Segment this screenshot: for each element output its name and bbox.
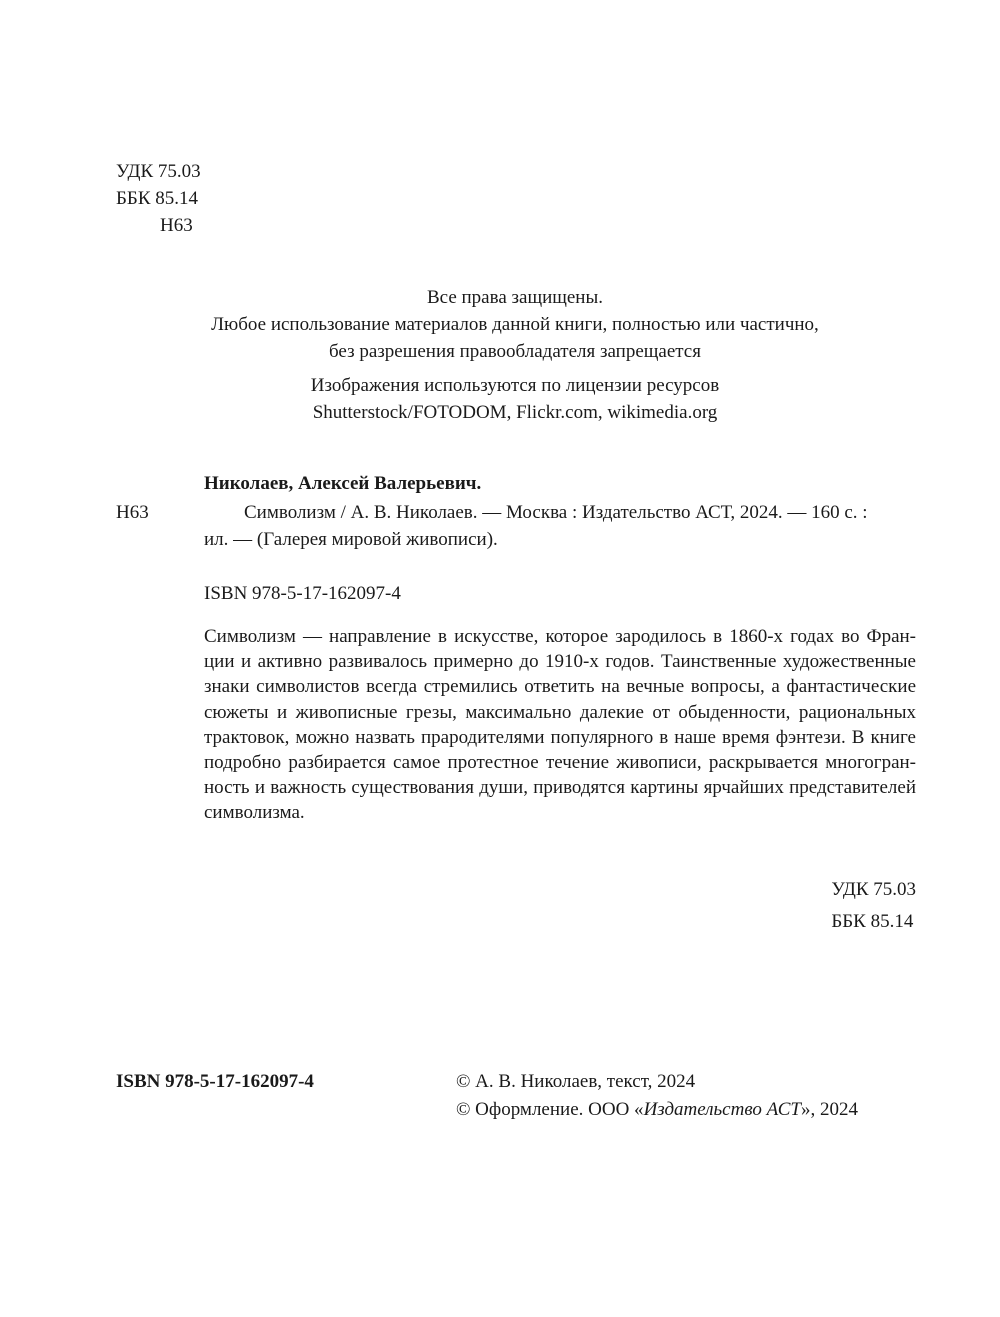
author-mark: Н63 (116, 212, 201, 239)
annotation-line: подробно разбирается самое протестное те… (204, 750, 916, 775)
copyright-design: © Оформление. ООО «Издательство АСТ», 20… (456, 1096, 858, 1124)
record-description: Символизм / А. В. Николаев. — Москва : И… (204, 499, 916, 553)
image-licenses: Изображения используются по лицензии рес… (0, 372, 1000, 426)
rights-line-3: без разрешения правообладателя запрещает… (0, 338, 1000, 365)
footer-isbn: ISBN 978-5-17-162097-4 (116, 1068, 314, 1096)
licenses-line-2: Shutterstock/FOTODOM, Flickr.com, wikime… (0, 399, 1000, 426)
rights-line-1: Все права защищены. (0, 284, 1000, 311)
bbk-code: ББК 85.14 (116, 185, 201, 212)
bbk-code: ББК 85.14 (831, 906, 916, 938)
copyright-design-suffix: », 2024 (801, 1099, 858, 1120)
annotation-line: сюжеты и живописные грезы, максимально д… (204, 700, 916, 725)
annotation: Символизм — направление в искусстве, кот… (204, 624, 916, 826)
udk-code: УДК 75.03 (831, 874, 916, 906)
record-author-mark: Н63 (116, 499, 149, 526)
record-description-line-2: ил. — (Галерея мировой живописи). (204, 526, 916, 553)
record-author: Николаев, Алексей Валерьевич. (204, 470, 481, 497)
annotation-line: трактовок, можно назвать прародителями п… (204, 725, 916, 750)
copyright-design-prefix: © Оформление. ООО « (456, 1099, 644, 1120)
rights-line-2: Любое использование материалов данной кн… (0, 311, 1000, 338)
annotation-line: ции и активно развивалось примерно до 19… (204, 649, 916, 674)
udk-code: УДК 75.03 (116, 158, 201, 185)
annotation-line: знаки символистов всегда стремились отве… (204, 674, 916, 699)
classification-right: УДК 75.03 ББК 85.14 (831, 874, 916, 938)
record-isbn: ISBN 978-5-17-162097-4 (204, 580, 401, 607)
annotation-line: символизма. (204, 800, 916, 825)
licenses-line-1: Изображения используются по лицензии рес… (0, 372, 1000, 399)
annotation-line: Символизм — направление в искусстве, кот… (204, 624, 916, 649)
copyright-text: © А. В. Николаев, текст, 2024 (456, 1068, 858, 1096)
annotation-line: ность и важность существования души, при… (204, 775, 916, 800)
rights-notice: Все права защищены. Любое использование … (0, 284, 1000, 365)
record-description-line-1: Символизм / А. В. Николаев. — Москва : И… (244, 502, 868, 523)
classification-top: УДК 75.03 ББК 85.14 Н63 (116, 158, 201, 239)
copyright-notices: © А. В. Николаев, текст, 2024 © Оформлен… (456, 1068, 858, 1124)
publisher-name: Издательство АСТ (644, 1099, 801, 1120)
